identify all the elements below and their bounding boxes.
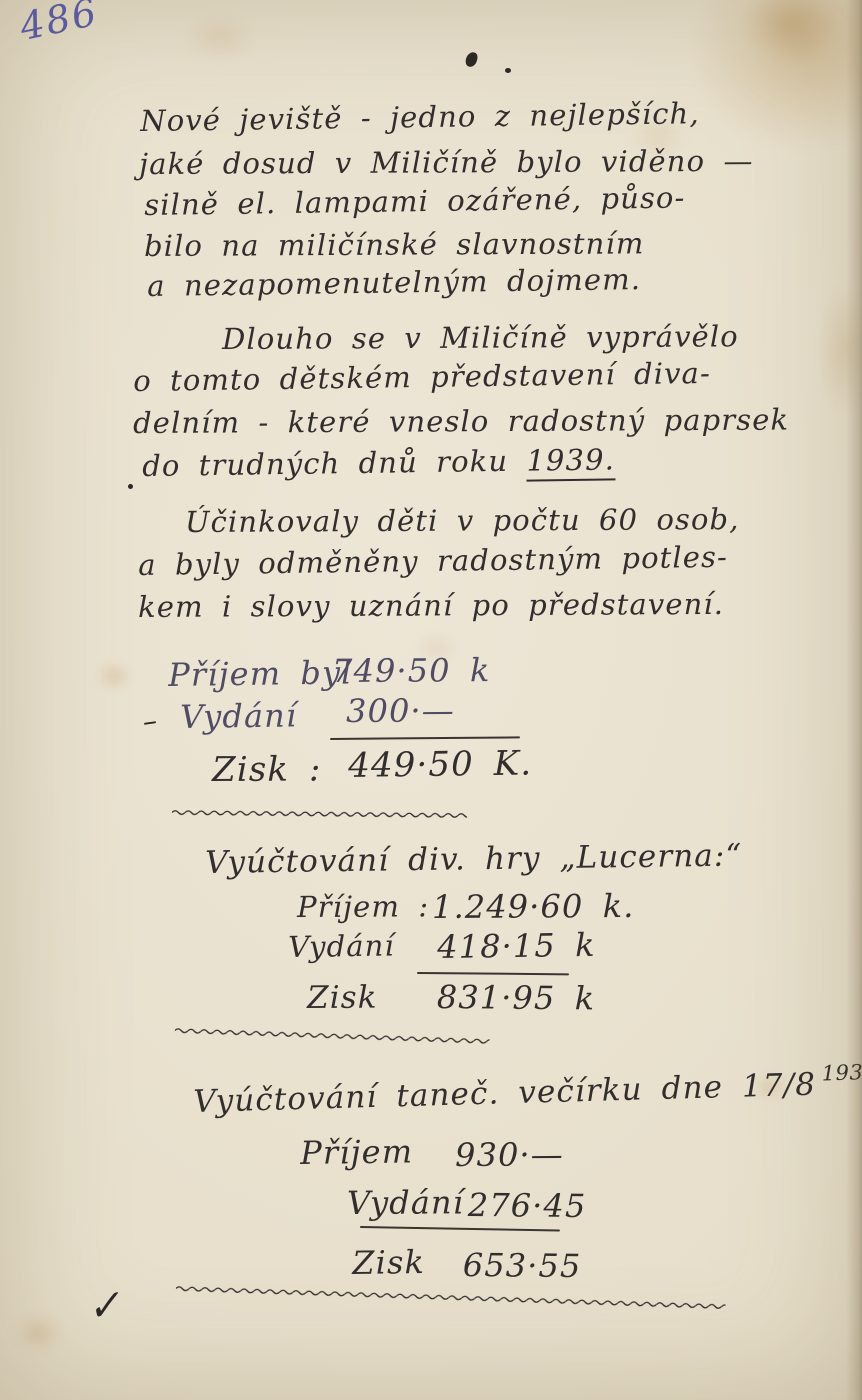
- stain: [185, 14, 255, 60]
- narrative-line: jaké dosud v Miličíně bylo viděno —: [139, 144, 754, 181]
- margin-dot: [128, 484, 133, 489]
- margin-dash: [144, 721, 156, 725]
- narrative-line: do trudných dnů roku 1939.: [142, 442, 615, 483]
- ink-dot: [505, 68, 511, 73]
- account-row-value: 1.249·60 k.: [432, 887, 635, 926]
- account-row-value: 831·95 k: [437, 978, 596, 1017]
- manuscript-page: 486 Nové jeviště - jedno z nejlepších, j…: [0, 0, 862, 1400]
- sum-underline: [417, 972, 569, 975]
- stain: [745, 0, 840, 60]
- narrative-line: kem i slovy uznání po představení.: [138, 587, 724, 624]
- narrative-line: bilo na miličínské slavnostním: [144, 226, 644, 263]
- page-number: 486: [16, 0, 102, 49]
- stain: [96, 662, 132, 690]
- stain: [14, 1314, 62, 1352]
- account-row-label: Příjem :: [297, 889, 429, 924]
- account-row-value: 300·—: [346, 691, 455, 730]
- account-row-label: Zisk: [352, 1243, 425, 1282]
- stain: [690, 0, 862, 150]
- stain: [820, 285, 862, 415]
- account-row-value: 749·50 k: [332, 651, 491, 690]
- lucerna-heading: Vyúčtování div. hry „Lucerna:“: [205, 838, 743, 881]
- account-row-label: Vydání: [288, 929, 395, 964]
- narrative-line: o tomto dětském představení diva-: [133, 356, 711, 398]
- wavy-separator: [172, 808, 467, 820]
- account-row-label: Vydání: [347, 1183, 464, 1222]
- wavy-separator: [175, 1026, 490, 1046]
- narrative-line: Účinkovaly děti v počtu 60 osob,: [185, 502, 740, 539]
- sum-underline: [360, 1226, 560, 1231]
- dance-heading-text: Vyúčtování taneč. večírku dne 17/8: [193, 1067, 816, 1120]
- account-row-value: 449·50 K.: [348, 743, 532, 786]
- account-row-label: Zisk: [307, 980, 378, 1016]
- checkmark: ✓: [84, 1281, 124, 1331]
- account-row-value: 930·—: [455, 1135, 564, 1174]
- dance-heading-year: 1939: [821, 1060, 862, 1086]
- dance-heading: Vyúčtování taneč. večírku dne 17/81939: [193, 1065, 862, 1120]
- narrative-line: a nezapomenutelným dojmem.: [147, 262, 641, 303]
- underlined-year: 1939.: [526, 442, 615, 481]
- narrative-line: Nové jeviště - jedno z nejlepších,: [140, 96, 700, 138]
- account-row-label: Příjem: [300, 1132, 413, 1172]
- ink-blot: [464, 51, 479, 68]
- account-row-label: Vydání: [180, 696, 297, 736]
- narrative-line: Dlouho se v Miličíně vyprávělo: [222, 319, 739, 356]
- sum-underline: [330, 736, 520, 740]
- narrative-line-text: do trudných dnů roku: [142, 444, 508, 483]
- narrative-line: a byly odměněny radostným potles-: [138, 540, 728, 582]
- wavy-separator: [176, 1284, 726, 1311]
- account-row-value: 653·55: [463, 1246, 582, 1285]
- account-row-label: Příjem byl: [168, 653, 353, 694]
- account-row-value: 418·15 k: [437, 926, 596, 966]
- narrative-line: delním - které vneslo radostný paprsek: [133, 403, 789, 440]
- narrative-line: silně el. lampami ozářené, půso-: [144, 180, 686, 222]
- account-row-value: 276·45: [468, 1186, 587, 1225]
- account-row-label: Zisk :: [212, 749, 322, 790]
